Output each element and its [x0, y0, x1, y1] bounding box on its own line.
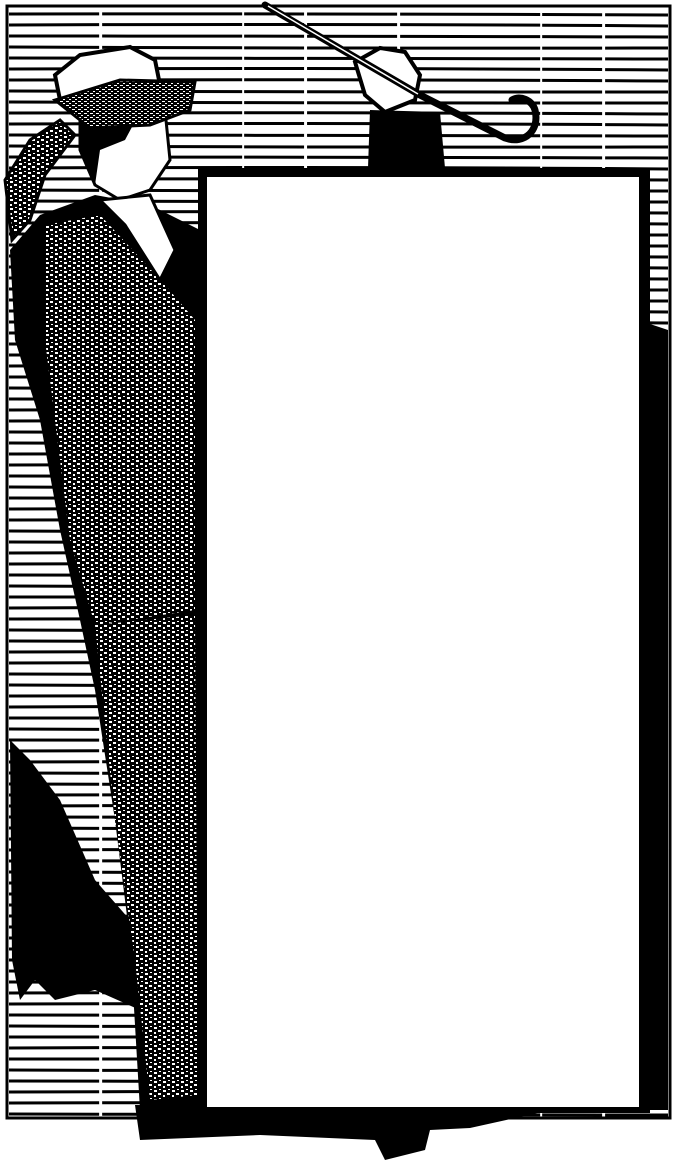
sign-panel	[207, 177, 639, 1107]
raised-sleeve	[368, 110, 445, 168]
blank-sign	[198, 168, 650, 1113]
cane-arm	[265, 5, 536, 168]
engraving-illustration	[0, 0, 680, 1165]
ground-shadow	[135, 1105, 560, 1160]
